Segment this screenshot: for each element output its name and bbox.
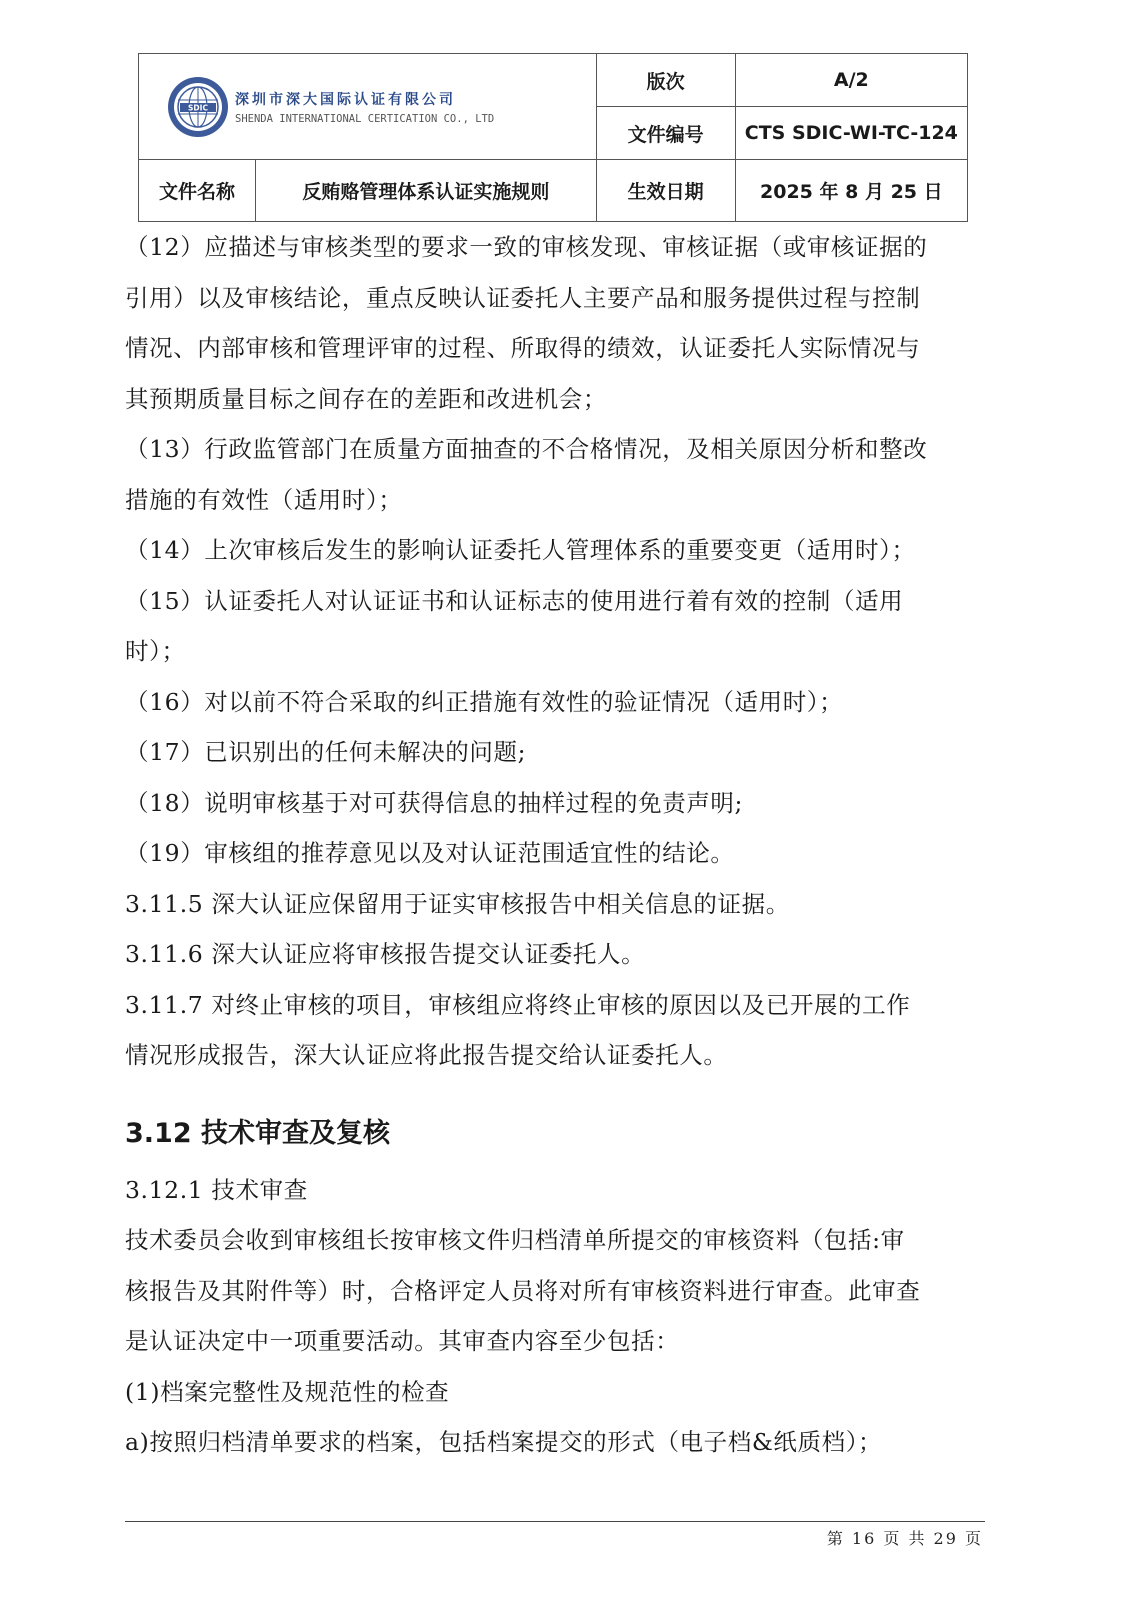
body-line: 引用）以及审核结论，重点反映认证委托人主要产品和服务提供过程与控制 xyxy=(125,273,985,324)
body-line: 情况、内部审核和管理评审的过程、所取得的绩效，认证委托人实际情况与 xyxy=(125,323,985,374)
body-line: 情况形成报告，深大认证应将此报告提交给认证委托人。 xyxy=(125,1030,985,1081)
doc-number-value: CTS SDIC-WI-TC-124 xyxy=(735,107,967,160)
version-value: A/2 xyxy=(735,54,967,107)
clause-3-11-6: 3.11.6 深大认证应将审核报告提交认证委托人。 xyxy=(125,929,985,980)
body-line: (1)档案完整性及规范性的检查 xyxy=(125,1367,985,1418)
company-logo-cell: SDIC 深圳市深大国际认证有限公司 SHENDA INTERNATIONAL … xyxy=(139,54,597,160)
doc-number-label: 文件编号 xyxy=(596,107,735,160)
clause-3-11-5: 3.11.5 深大认证应保留用于证实审核报告中相关信息的证据。 xyxy=(125,879,985,930)
body-line: （13）行政监管部门在质量方面抽查的不合格情况，及相关原因分析和整改 xyxy=(125,424,985,475)
body-line: 措施的有效性（适用时）； xyxy=(125,475,985,526)
document-header-table: SDIC 深圳市深大国际认证有限公司 SHENDA INTERNATIONAL … xyxy=(138,53,968,222)
page-number: 第 16 页 共 29 页 xyxy=(827,1526,983,1549)
body-line: （14）上次审核后发生的影响认证委托人管理体系的重要变更（适用时）； xyxy=(125,525,985,576)
body-line: （17）已识别出的任何未解决的问题; xyxy=(125,727,985,778)
effective-date-value: 2025 年 8 月 25 日 xyxy=(735,160,967,222)
body-line: 时）； xyxy=(125,626,985,677)
company-name-cn: 深圳市深大国际认证有限公司 xyxy=(235,89,494,109)
footer-divider xyxy=(125,1521,985,1522)
body-line: a)按照归档清单要求的档案，包括档案提交的形式（电子档&纸质档）； xyxy=(125,1417,985,1468)
section-heading-3-12: 3.12 技术审查及复核 xyxy=(125,1109,985,1159)
document-body: （12）应描述与审核类型的要求一致的审核发现、审核证据（或审核证据的 引用）以及… xyxy=(125,222,985,1468)
body-line: 技术委员会收到审核组长按审核文件归档清单所提交的审核资料（包括:审 xyxy=(125,1215,985,1266)
version-label: 版次 xyxy=(596,54,735,107)
body-line: 核报告及其附件等）时，合格评定人员将对所有审核资料进行审查。此审查 xyxy=(125,1266,985,1317)
clause-3-11-7: 3.11.7 对终止审核的项目，审核组应将终止审核的原因以及已开展的工作 xyxy=(125,980,985,1031)
body-line: （16）对以前不符合采取的纠正措施有效性的验证情况（适用时）； xyxy=(125,677,985,728)
effective-date-label: 生效日期 xyxy=(596,160,735,222)
doc-name-value: 反贿赂管理体系认证实施规则 xyxy=(256,160,597,222)
body-line: 是认证决定中一项重要活动。其审查内容至少包括： xyxy=(125,1316,985,1367)
body-line: （18）说明审核基于对可获得信息的抽样过程的免责声明; xyxy=(125,778,985,829)
sdic-globe-logo-icon: SDIC xyxy=(167,76,229,138)
body-line: 其预期质量目标之间存在的差距和改进机会； xyxy=(125,374,985,425)
body-line: （19）审核组的推荐意见以及对认证范围适宜性的结论。 xyxy=(125,828,985,879)
svg-text:SDIC: SDIC xyxy=(188,103,208,112)
body-line: （12）应描述与审核类型的要求一致的审核发现、审核证据（或审核证据的 xyxy=(125,222,985,273)
subsection-3-12-1: 3.12.1 技术审查 xyxy=(125,1165,985,1216)
body-line: （15）认证委托人对认证证书和认证标志的使用进行着有效的控制（适用 xyxy=(125,576,985,627)
company-name-en: SHENDA INTERNATIONAL CERTICATION CO., LT… xyxy=(235,113,494,125)
doc-name-label: 文件名称 xyxy=(139,160,256,222)
